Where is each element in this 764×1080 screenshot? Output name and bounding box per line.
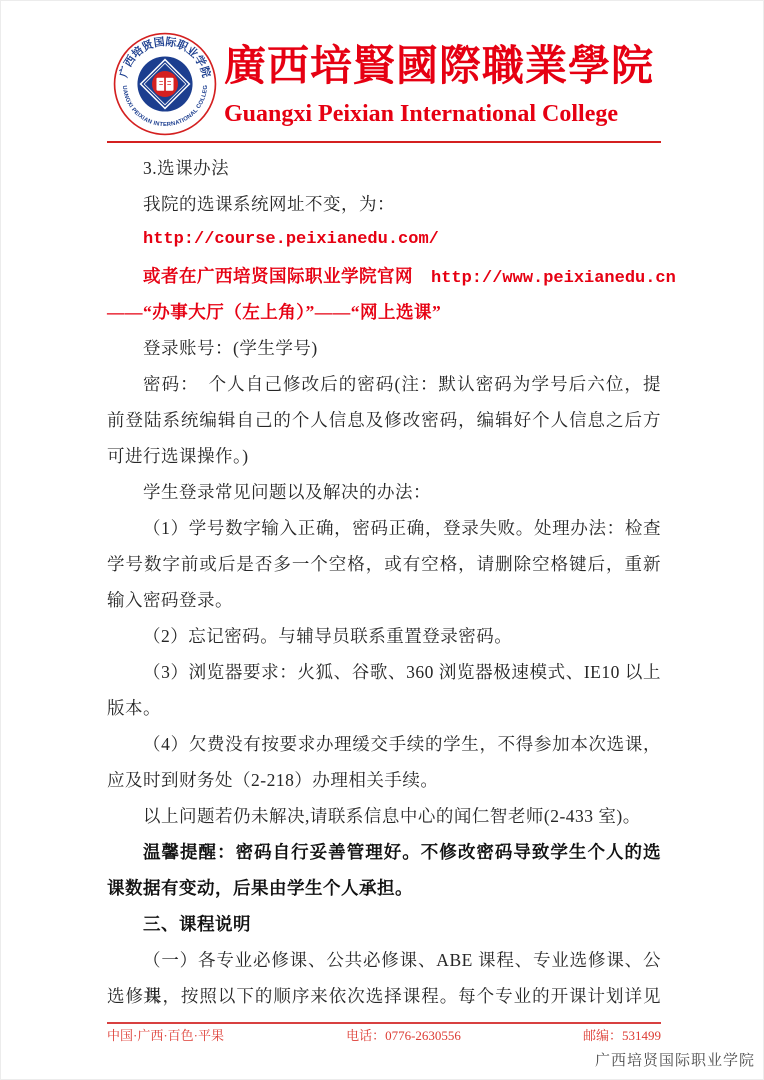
body-line: 密码： 个人自己修改后的密码(注：默认密码为学号后六位，提	[107, 366, 661, 402]
body-line: 版本。	[107, 690, 661, 726]
official-site-url[interactable]: http://www.peixianedu.cn	[431, 269, 676, 288]
body-line: 我院的选课系统网址不变，为：	[107, 186, 661, 222]
body-line: （1）学号数字输入正确，密码正确，登录失败。处理办法：检查	[107, 510, 661, 546]
footer-phone: 电话：0776-2630556	[346, 1027, 461, 1045]
document-body: 3.选课办法 我院的选课系统网址不变，为： http://course.peix…	[107, 150, 661, 1014]
college-title-cn: 廣西培賢國際職業學院	[224, 37, 664, 97]
body-line: 或者在广西培贤国际职业学院官网http://www.peixianedu.cn	[107, 258, 661, 294]
title-block: 廣西培賢國際職業學院 Guangxi Peixian International…	[224, 37, 664, 129]
header-rule	[107, 141, 661, 143]
body-line: ——“办事大厅（左上角）”——“网上选课”	[107, 294, 661, 330]
body-line: 选修课，按照以下的顺序来依次选择课程。每个专业的开课计划详见	[107, 978, 661, 1014]
body-line: 学生登录常见问题以及解决的办法：	[107, 474, 661, 510]
body-line: （2）忘记密码。与辅导员联系重置登录密码。	[107, 618, 661, 654]
document-page: 广西培贤国际职业学院 GUANGXI PEIXIAN INTERNATIONAL…	[0, 0, 764, 1080]
body-line: 可进行选课操作。)	[107, 438, 661, 474]
footer-rule	[107, 1022, 661, 1024]
body-line: 应及时到财务处（2-218）办理相关手续。	[107, 762, 661, 798]
body-line: 输入密码登录。	[107, 582, 661, 618]
body-line: （3）浏览器要求：火狐、谷歌、360 浏览器极速模式、IE10 以上	[107, 654, 661, 690]
college-title-en: Guangxi Peixian International College	[224, 99, 664, 129]
body-line-section-heading: 3.选课办法	[107, 150, 661, 186]
body-line: 前登陆系统编辑自己的个人信息及修改密码，编辑好个人信息之后方	[107, 402, 661, 438]
footer-postcode: 邮编：531499	[583, 1027, 661, 1045]
body-line: 学号数字前或后是否多一个空格，或有空格，请删除空格键后，重新	[107, 546, 661, 582]
body-line: （4）欠费没有按要求办理缓交手续的学生，不得参加本次选课，	[107, 726, 661, 762]
body-line: 以上问题若仍未解决,请联系信息中心的闻仁智老师(2-433 室)。	[107, 798, 661, 834]
page-watermark: 广西培贤国际职业学院	[595, 1049, 755, 1070]
body-line: 登录账号：(学生学号)	[107, 330, 661, 366]
body-line-section-heading: 三、课程说明	[107, 906, 661, 942]
body-line-warning: 温馨提醒：密码自行妥善管理好。不修改密码导致学生个人的选	[107, 834, 661, 870]
course-system-url[interactable]: http://course.peixianedu.com/	[107, 222, 661, 258]
body-line-warning: 课数据有变动，后果由学生个人承担。	[107, 870, 661, 906]
body-line: （一）各专业必修课、公共必修课、ABE 课程、专业选修课、公共	[107, 942, 661, 978]
college-logo-icon: 广西培贤国际职业学院 GUANGXI PEIXIAN INTERNATIONAL…	[113, 32, 217, 136]
open-book-icon	[156, 78, 173, 91]
footer: 中国·广西·百色·平果 电话：0776-2630556 邮编：531499	[107, 1027, 661, 1045]
footer-location: 中国·广西·百色·平果	[107, 1027, 224, 1045]
